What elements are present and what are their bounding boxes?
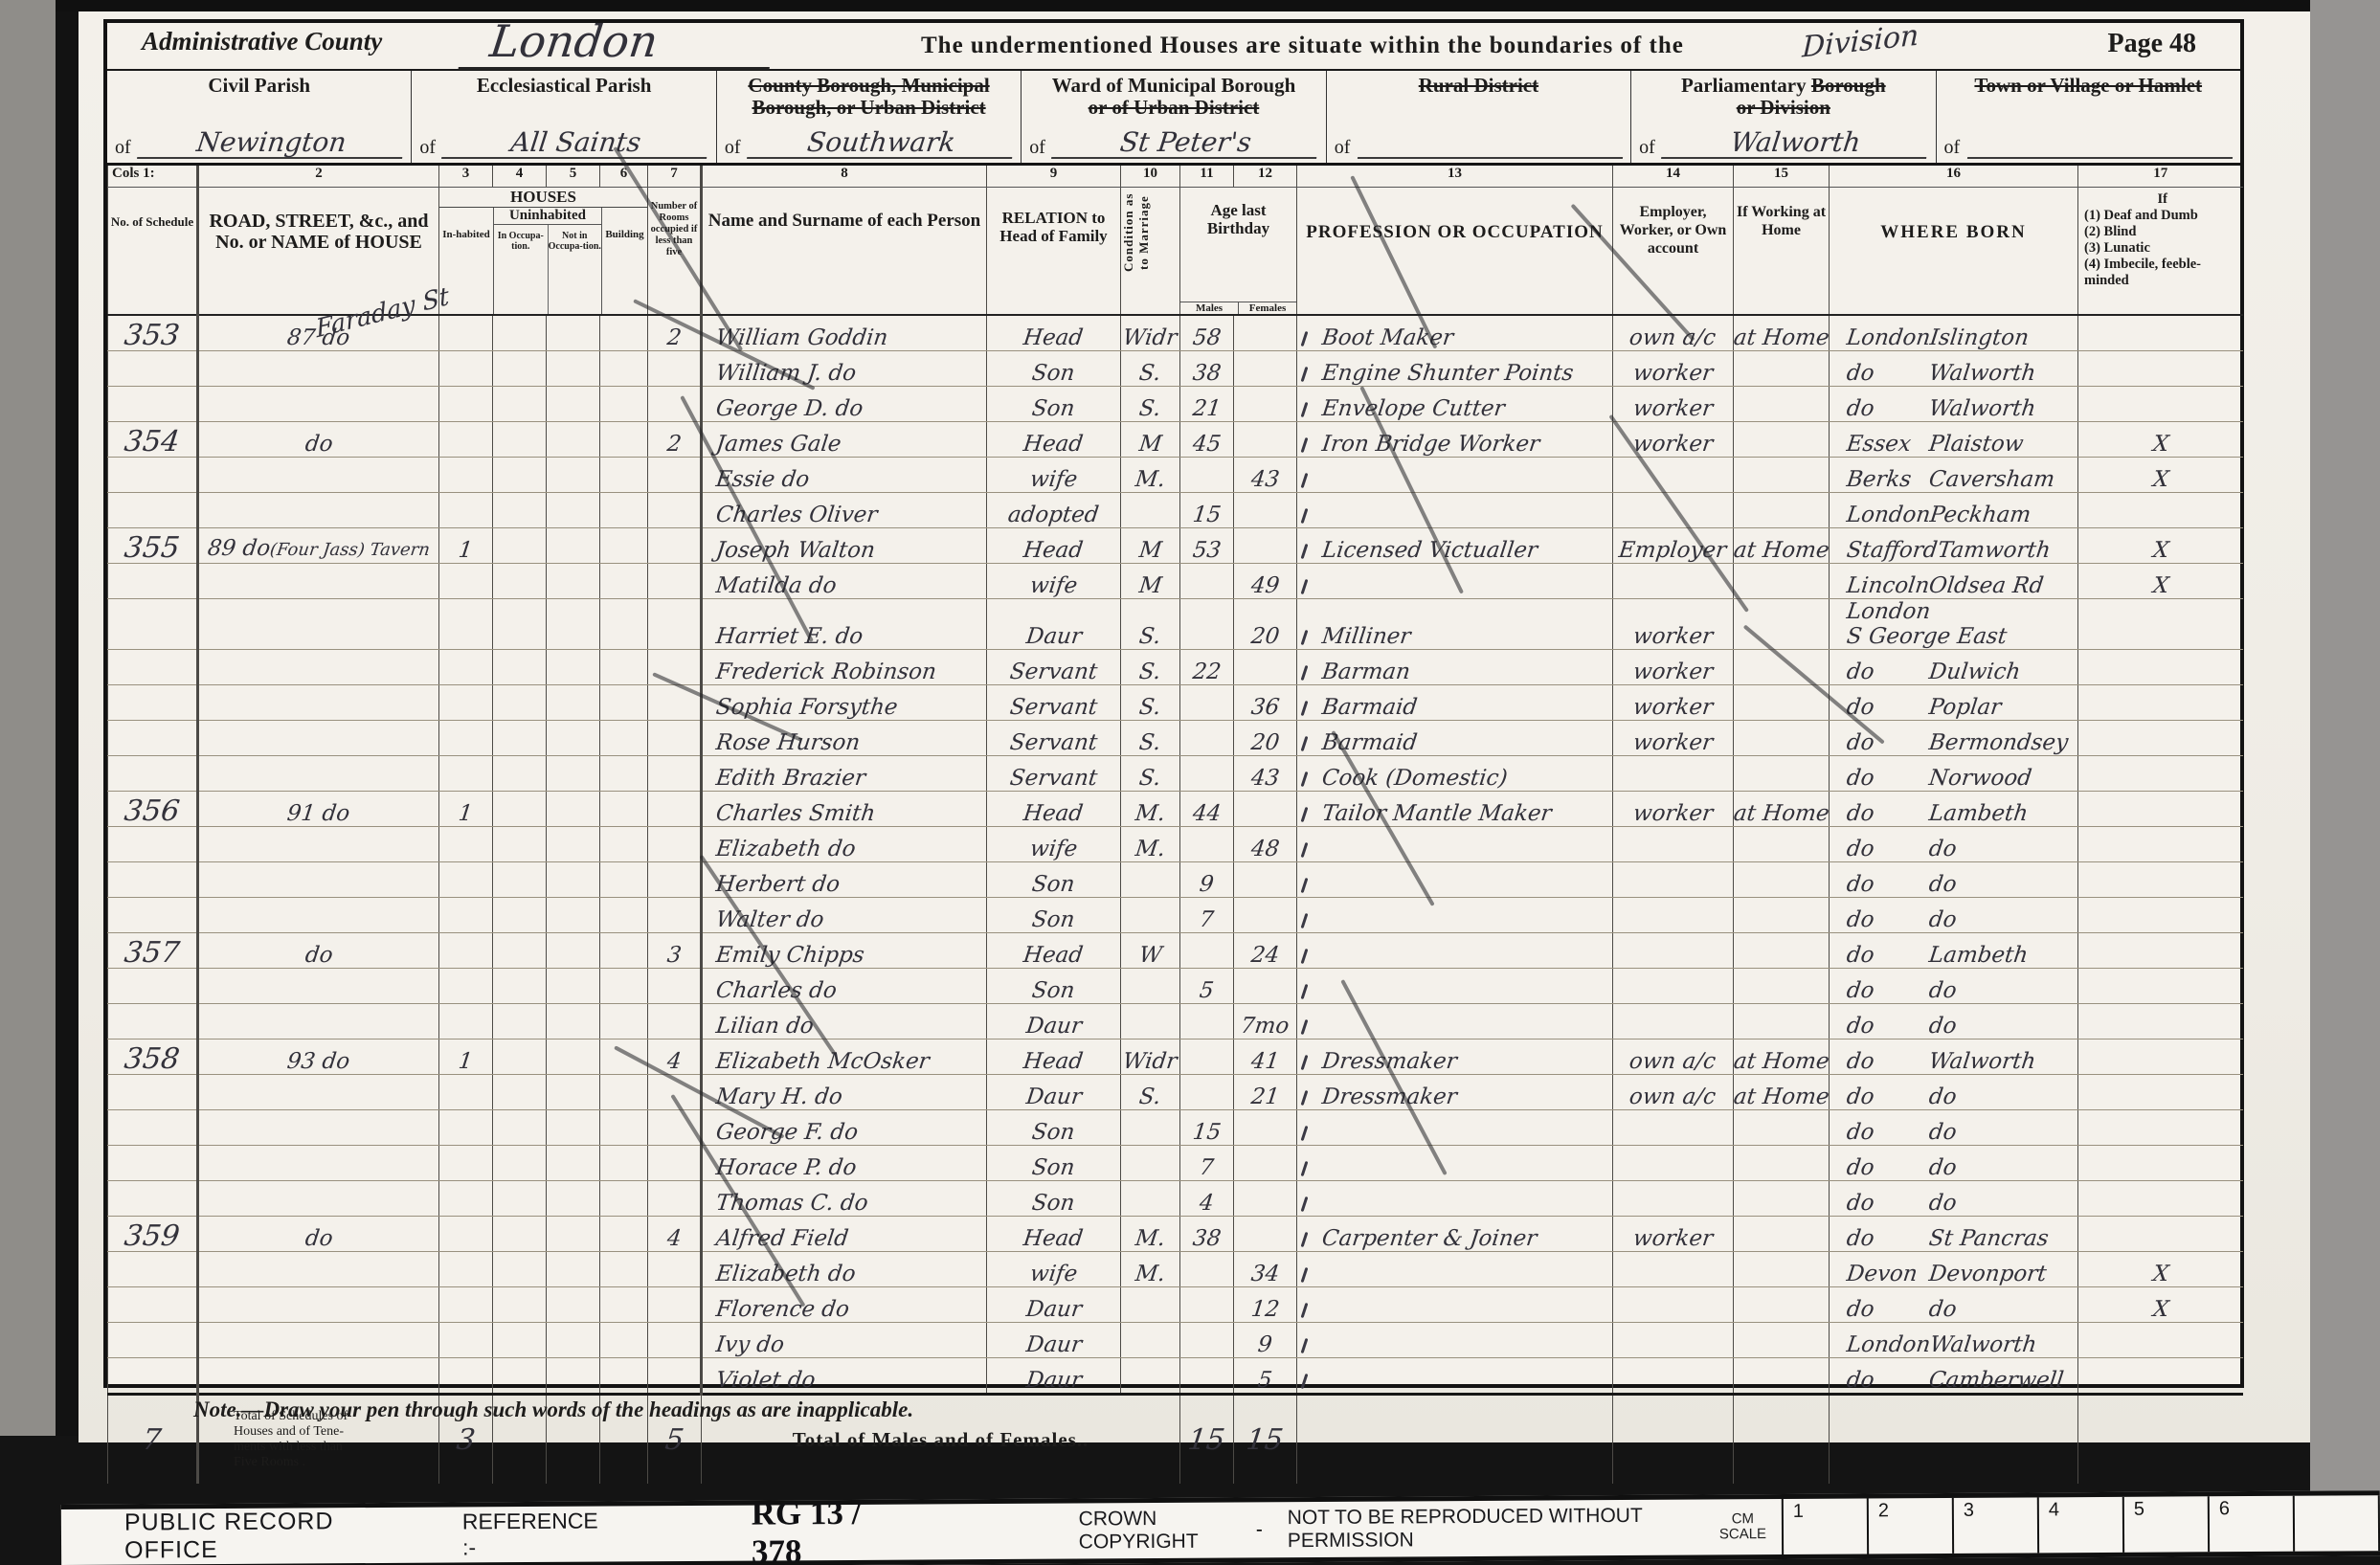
cell-age-female: 21 <box>1234 1075 1297 1110</box>
cell-relation: Daur <box>987 599 1121 650</box>
cell-condition: S. <box>1121 756 1180 792</box>
cell-condition <box>1121 1287 1180 1323</box>
cell-schedule <box>108 969 198 1004</box>
cell-occupation: Licensed Victualler <box>1297 528 1613 564</box>
cell-unoccupied-in <box>493 685 547 721</box>
public-record-office-label: PUBLIC RECORD OFFICE <box>124 1508 357 1564</box>
cell-occupation <box>1297 1181 1613 1217</box>
cell-age-female <box>1234 528 1297 564</box>
cell-age-male: 7 <box>1180 898 1234 933</box>
cell-age-male: 44 <box>1180 792 1234 827</box>
cell-street <box>198 458 439 493</box>
enumerator-tick-mark <box>1301 701 1309 716</box>
cell-infirmity <box>2078 650 2243 685</box>
cell-age-male: 9 <box>1180 862 1234 898</box>
cell-unoccupied-not <box>547 315 600 351</box>
col-number: 10 <box>1121 166 1180 188</box>
cell-born: dodo <box>1830 827 2078 862</box>
cell-street <box>198 564 439 599</box>
cell-relation: wife <box>987 827 1121 862</box>
cell-born: dodo <box>1830 1110 2078 1146</box>
cell-rooms: 2 <box>648 422 702 458</box>
cell-condition: S. <box>1121 1075 1180 1110</box>
cell-relation: Servant <box>987 721 1121 756</box>
cell-infirmity <box>2078 1217 2243 1252</box>
cell-building <box>600 387 648 422</box>
cell-inhabited <box>439 721 493 756</box>
enumerator-tick-mark <box>1301 736 1309 751</box>
cell-home <box>1734 1252 1830 1287</box>
age-title: Age last Birthday <box>1180 188 1296 302</box>
cell-street <box>198 685 439 721</box>
cell-street <box>198 1287 439 1323</box>
cell-home <box>1734 351 1830 387</box>
cell-street <box>198 969 439 1004</box>
cell-rooms <box>648 1358 702 1395</box>
cell-inhabited: 1 <box>439 528 493 564</box>
cell-employer <box>1613 1004 1734 1040</box>
cell-unoccupied-not <box>547 1040 600 1075</box>
cell-building <box>600 721 648 756</box>
total-schedules-value: 7 <box>108 1395 198 1485</box>
cell-inhabited <box>439 387 493 422</box>
enumerator-tick-mark <box>1301 1161 1309 1176</box>
cell-employer <box>1613 969 1734 1004</box>
cell-age-male: 5 <box>1180 969 1234 1004</box>
cell-unoccupied-in <box>493 1252 547 1287</box>
cell-unoccupied-in <box>493 1075 547 1110</box>
cell-unoccupied-not <box>547 1252 600 1287</box>
census-row: George D. doSonS.21Envelope Cutterworker… <box>108 387 2243 422</box>
cell-unoccupied-in <box>493 1323 547 1358</box>
cell-age-male: 45 <box>1180 422 1234 458</box>
cell-age-female: 48 <box>1234 827 1297 862</box>
cell-inhabited <box>439 458 493 493</box>
cell-relation: Servant <box>987 650 1121 685</box>
cell-relation: Head <box>987 1040 1121 1075</box>
cell-building <box>600 898 648 933</box>
reference-label: REFERENCE :- <box>462 1509 598 1561</box>
cell-condition: S. <box>1121 351 1180 387</box>
cell-infirmity <box>2078 351 2243 387</box>
cell-born: EssexPlaistow <box>1830 422 2078 458</box>
cell-unoccupied-in <box>493 1040 547 1075</box>
cell-rooms <box>648 756 702 792</box>
col-relation-title: RELATION to Head of Family <box>987 188 1121 316</box>
cell-building <box>600 1146 648 1181</box>
cell-home <box>1734 898 1830 933</box>
cell-unoccupied-in <box>493 1146 547 1181</box>
cell-unoccupied-in <box>493 422 547 458</box>
cell-age-male <box>1180 756 1234 792</box>
cell-schedule: 354 <box>108 422 198 458</box>
cell-occupation <box>1297 1004 1613 1040</box>
section-parliamentary: Parliamentary Borough or Division ofWalw… <box>1631 71 1936 163</box>
cell-rooms <box>648 1181 702 1217</box>
cell-home <box>1734 1358 1830 1395</box>
cell-unoccupied-in <box>493 969 547 1004</box>
cell-age-female <box>1234 422 1297 458</box>
cell-building <box>600 862 648 898</box>
enumerator-tick-mark <box>1301 1338 1309 1353</box>
cell-employer <box>1613 1358 1734 1395</box>
cell-schedule <box>108 898 198 933</box>
cell-infirmity <box>2078 1181 2243 1217</box>
cell-condition: S. <box>1121 721 1180 756</box>
cell-age-male <box>1180 599 1234 650</box>
cell-schedule <box>108 1252 198 1287</box>
permission-label: NOT TO BE REPRODUCED WITHOUT PERMISSION <box>1288 1505 1652 1553</box>
cell-born: dodo <box>1830 1075 2078 1110</box>
cell-unoccupied-in <box>493 1181 547 1217</box>
county-borough-label-2: Borough, or Urban District <box>717 97 1021 119</box>
col-occupation-title: PROFESSION OR OCCUPATION <box>1297 188 1613 316</box>
cell-relation: Head <box>987 315 1121 351</box>
cell-age-female: 20 <box>1234 599 1297 650</box>
ward-label-2: or of Urban District <box>1022 97 1325 119</box>
cell-employer: worker <box>1613 1217 1734 1252</box>
cell-schedule <box>108 650 198 685</box>
cell-unoccupied-not <box>547 493 600 528</box>
col-number: 3 <box>439 166 493 188</box>
cell-schedule: 357 <box>108 933 198 969</box>
cell-employer: own a/c <box>1613 1075 1734 1110</box>
enumerator-tick-mark <box>1301 1267 1309 1283</box>
cell-home <box>1734 1004 1830 1040</box>
cell-infirmity <box>2078 862 2243 898</box>
cell-age-female <box>1234 650 1297 685</box>
enumerator-tick-mark <box>1301 1232 1309 1247</box>
cell-inhabited <box>439 969 493 1004</box>
form-note: Note.—Draw your pen through such words o… <box>193 1397 913 1422</box>
scale-segment: 6 <box>2210 1496 2295 1553</box>
cell-born: BerksCaversham <box>1830 458 2078 493</box>
cell-rooms <box>648 969 702 1004</box>
cell-occupation <box>1297 862 1613 898</box>
cell-schedule <box>108 827 198 862</box>
cell-inhabited <box>439 1075 493 1110</box>
cell-unoccupied-in <box>493 756 547 792</box>
cell-street <box>198 493 439 528</box>
enumerator-tick-mark <box>1301 1090 1309 1106</box>
census-row: 357do3Emily ChippsHeadW24doLambeth <box>108 933 2243 969</box>
cell-employer <box>1613 756 1734 792</box>
age-males-label: Males <box>1180 302 1238 314</box>
cell-inhabited <box>439 862 493 898</box>
cell-inhabited <box>439 564 493 599</box>
cell-infirmity <box>2078 1323 2243 1358</box>
cell-inhabited <box>439 933 493 969</box>
cell-employer <box>1613 1252 1734 1287</box>
col-age-title: Age last Birthday Males Females <box>1180 188 1297 316</box>
cell-employer: own a/c <box>1613 1040 1734 1075</box>
cell-street: 89 do(Four Jass) Tavern <box>198 528 439 564</box>
cell-age-male: 53 <box>1180 528 1234 564</box>
cell-unoccupied-not <box>547 387 600 422</box>
cell-unoccupied-in <box>493 315 547 351</box>
census-row: Edith BrazierServantS.43Cook (Domestic)d… <box>108 756 2243 792</box>
cell-condition <box>1121 1146 1180 1181</box>
scale-segment: 5 <box>2124 1496 2210 1553</box>
cell-age-female: 43 <box>1234 756 1297 792</box>
cell-building <box>600 1004 648 1040</box>
cell-occupation: Engine Shunter Points <box>1297 351 1613 387</box>
cell-name: Rose Hurson <box>702 721 987 756</box>
scan-edge-top <box>56 0 2310 11</box>
cell-home: at Home <box>1734 1075 1830 1110</box>
cell-name: Mary H. do <box>702 1075 987 1110</box>
cell-home <box>1734 1323 1830 1358</box>
cell-occupation <box>1297 827 1613 862</box>
col-born-title: WHERE BORN <box>1830 188 2078 316</box>
cell-unoccupied-not <box>547 1181 600 1217</box>
cell-infirmity <box>2078 969 2243 1004</box>
cell-infirmity <box>2078 685 2243 721</box>
cell-unoccupied-not <box>547 898 600 933</box>
cell-building <box>600 458 648 493</box>
col-number: 9 <box>987 166 1121 188</box>
cell-home <box>1734 387 1830 422</box>
empty-cell <box>1734 1395 1830 1485</box>
census-row: Charles Oliveradopted15LondonPeckham <box>108 493 2243 528</box>
cell-unoccupied-not <box>547 1110 600 1146</box>
cell-employer <box>1613 1146 1734 1181</box>
cell-age-female: 7mo <box>1234 1004 1297 1040</box>
census-row: Elizabeth dowifeM.48dodo <box>108 827 2243 862</box>
section-ward: Ward of Municipal Borough or of Urban Di… <box>1022 71 1326 163</box>
cell-unoccupied-not <box>547 1075 600 1110</box>
cell-street <box>198 650 439 685</box>
enumerator-tick-mark <box>1301 771 1309 787</box>
cell-street <box>198 351 439 387</box>
col-in-occupation-title: In Occupa-tion. <box>494 225 548 314</box>
cell-employer <box>1613 827 1734 862</box>
col-number: 14 <box>1613 166 1734 188</box>
section-ecclesiastical-parish: Ecclesiastical Parish ofAll Saints <box>412 71 716 163</box>
cell-born: dodo <box>1830 1146 2078 1181</box>
cell-relation: Head <box>987 422 1121 458</box>
cell-condition <box>1121 969 1180 1004</box>
cell-inhabited <box>439 650 493 685</box>
scale-segment: 4 <box>2039 1497 2124 1554</box>
cell-home <box>1734 599 1830 650</box>
census-table: Cols 1:234567891011121314151617 No. of S… <box>107 166 2243 1484</box>
cell-building <box>600 685 648 721</box>
cell-occupation <box>1297 1358 1613 1395</box>
cell-unoccupied-in <box>493 1110 547 1146</box>
cell-age-male: 38 <box>1180 1217 1234 1252</box>
cell-age-female <box>1234 898 1297 933</box>
of-label: of <box>725 137 741 159</box>
cell-unoccupied-in <box>493 458 547 493</box>
col-building-title: Building <box>601 208 647 314</box>
cell-employer <box>1613 898 1734 933</box>
cell-street: do <box>198 422 439 458</box>
cell-occupation: Barmaid <box>1297 685 1613 721</box>
cell-schedule <box>108 1323 198 1358</box>
cell-building <box>600 315 648 351</box>
cell-age-male <box>1180 1358 1234 1395</box>
separator-dash: - <box>1256 1518 1263 1541</box>
cell-building <box>600 1181 648 1217</box>
cell-age-female: 24 <box>1234 933 1297 969</box>
cell-rooms <box>648 493 702 528</box>
cell-occupation: Milliner <box>1297 599 1613 650</box>
cell-rooms <box>648 599 702 650</box>
cell-home <box>1734 933 1830 969</box>
cell-rooms <box>648 351 702 387</box>
cell-occupation: Dressmaker <box>1297 1075 1613 1110</box>
cell-born: LondonIslington <box>1830 315 2078 351</box>
cell-unoccupied-not <box>547 599 600 650</box>
cell-inhabited <box>439 422 493 458</box>
cell-occupation <box>1297 898 1613 933</box>
town-value <box>1967 157 2233 159</box>
cell-age-male: 15 <box>1180 493 1234 528</box>
cell-schedule: 356 <box>108 792 198 827</box>
census-row: Charles doSon5dodo <box>108 969 2243 1004</box>
cell-relation: wife <box>987 458 1121 493</box>
cell-building <box>600 827 648 862</box>
town-label: Town or Village or Hamlet <box>1937 75 2240 97</box>
census-row: 354do2James GaleHeadM45Iron Bridge Worke… <box>108 422 2243 458</box>
cell-employer: worker <box>1613 650 1734 685</box>
cm-scale-label: CMSCALE <box>1719 1511 1766 1542</box>
cell-occupation <box>1297 933 1613 969</box>
col-number: 2 <box>198 166 439 188</box>
census-row: Lilian doDaur7mododo <box>108 1004 2243 1040</box>
cell-relation: Daur <box>987 1004 1121 1040</box>
cell-street <box>198 387 439 422</box>
cell-age-female <box>1234 969 1297 1004</box>
cell-infirmity <box>2078 1146 2243 1181</box>
cell-street <box>198 1146 439 1181</box>
cell-home <box>1734 493 1830 528</box>
total-females-value: 15 <box>1234 1395 1297 1485</box>
col-name-title: Name and Surname of each Person <box>702 188 987 316</box>
cell-schedule: 358 <box>108 1040 198 1075</box>
cell-rooms <box>648 650 702 685</box>
cell-street <box>198 721 439 756</box>
cell-employer: worker <box>1613 792 1734 827</box>
cell-born: doLambeth <box>1830 933 2078 969</box>
cell-age-male: 38 <box>1180 351 1234 387</box>
cell-age-male <box>1180 721 1234 756</box>
cell-inhabited <box>439 315 493 351</box>
enumerator-tick-mark <box>1301 367 1309 382</box>
cell-unoccupied-not <box>547 969 600 1004</box>
cell-relation: wife <box>987 1252 1121 1287</box>
cell-infirmity <box>2078 315 2243 351</box>
rural-district-label: Rural District <box>1327 75 1630 97</box>
cell-relation: Son <box>987 969 1121 1004</box>
cell-name: Elizabeth do <box>702 1252 987 1287</box>
cell-name: Elizabeth do <box>702 827 987 862</box>
col-number: 6 <box>600 166 648 188</box>
total-males-value: 15 <box>1180 1395 1234 1485</box>
cell-infirmity <box>2078 933 2243 969</box>
census-row: 35387 doFaraday St2William GoddinHeadWid… <box>108 315 2243 351</box>
admin-county-label: Administrative County <box>142 27 382 56</box>
cell-home <box>1734 862 1830 898</box>
cell-age-female: 49 <box>1234 564 1297 599</box>
col-number: 17 <box>2078 166 2243 188</box>
cell-name: Horace P. do <box>702 1146 987 1181</box>
cell-street <box>198 898 439 933</box>
cell-home <box>1734 1287 1830 1323</box>
empty-cell <box>2078 1395 2243 1485</box>
cell-name: Charles do <box>702 969 987 1004</box>
census-row: 35691 do1Charles SmithHeadM.44Tailor Man… <box>108 792 2243 827</box>
cell-home: at Home <box>1734 1040 1830 1075</box>
cell-condition <box>1121 1323 1180 1358</box>
cell-occupation <box>1297 1146 1613 1181</box>
record-office-strip: PUBLIC RECORD OFFICE REFERENCE :- RG 13 … <box>61 1490 2380 1565</box>
cell-unoccupied-not <box>547 1217 600 1252</box>
cell-age-female <box>1234 792 1297 827</box>
cell-employer <box>1613 1110 1734 1146</box>
cell-schedule <box>108 685 198 721</box>
cell-condition <box>1121 898 1180 933</box>
census-row: Herbert doSon9dodo <box>108 862 2243 898</box>
cell-schedule <box>108 351 198 387</box>
cell-unoccupied-in <box>493 827 547 862</box>
cell-born: doSt Pancras <box>1830 1217 2078 1252</box>
cell-born: dodo <box>1830 1287 2078 1323</box>
cell-relation: Daur <box>987 1075 1121 1110</box>
cell-infirmity <box>2078 1040 2243 1075</box>
cell-name: James Gale <box>702 422 987 458</box>
cell-unoccupied-in <box>493 351 547 387</box>
cell-condition: S. <box>1121 387 1180 422</box>
cell-age-male: 7 <box>1180 1146 1234 1181</box>
cell-unoccupied-in <box>493 528 547 564</box>
cell-name: Violet do <box>702 1358 987 1395</box>
col-infirmity-title: If(1) Deaf and Dumb(2) Blind(3) Lunatic(… <box>2078 188 2243 316</box>
cell-condition <box>1121 1004 1180 1040</box>
cell-born: doCamberwell <box>1830 1358 2078 1395</box>
cell-rooms <box>648 1323 702 1358</box>
cell-rooms <box>648 1004 702 1040</box>
cell-age-male <box>1180 1075 1234 1110</box>
cell-inhabited <box>439 827 493 862</box>
cell-born: DevonDevonport <box>1830 1252 2078 1287</box>
col-houses-group: HOUSES In-habited Uninhabited In Occupa-… <box>439 188 648 316</box>
cell-schedule <box>108 1110 198 1146</box>
cell-born: LondonPeckham <box>1830 493 2078 528</box>
of-label: of <box>115 137 131 159</box>
county-borough-label-1: County Borough, Municipal <box>717 75 1021 97</box>
cell-relation: Head <box>987 933 1121 969</box>
cell-street <box>198 1004 439 1040</box>
scale-segment: 1 <box>1784 1498 1869 1554</box>
cell-unoccupied-in <box>493 1217 547 1252</box>
cell-inhabited <box>439 1181 493 1217</box>
cell-schedule <box>108 862 198 898</box>
cell-employer <box>1613 1287 1734 1323</box>
cell-inhabited <box>439 1004 493 1040</box>
county-borough-value: Southwark <box>747 128 1016 159</box>
cell-infirmity <box>2078 599 2243 650</box>
cell-relation: Son <box>987 1110 1121 1146</box>
cell-building <box>600 422 648 458</box>
cell-age-male <box>1180 827 1234 862</box>
col-not-in-occupation-title: Not in Occupa-tion. <box>548 225 602 314</box>
of-label: of <box>1944 137 1961 159</box>
cell-relation: Daur <box>987 1323 1121 1358</box>
census-row: Rose HursonServantS.20BarmaidworkerdoBer… <box>108 721 2243 756</box>
cell-building <box>600 1358 648 1395</box>
